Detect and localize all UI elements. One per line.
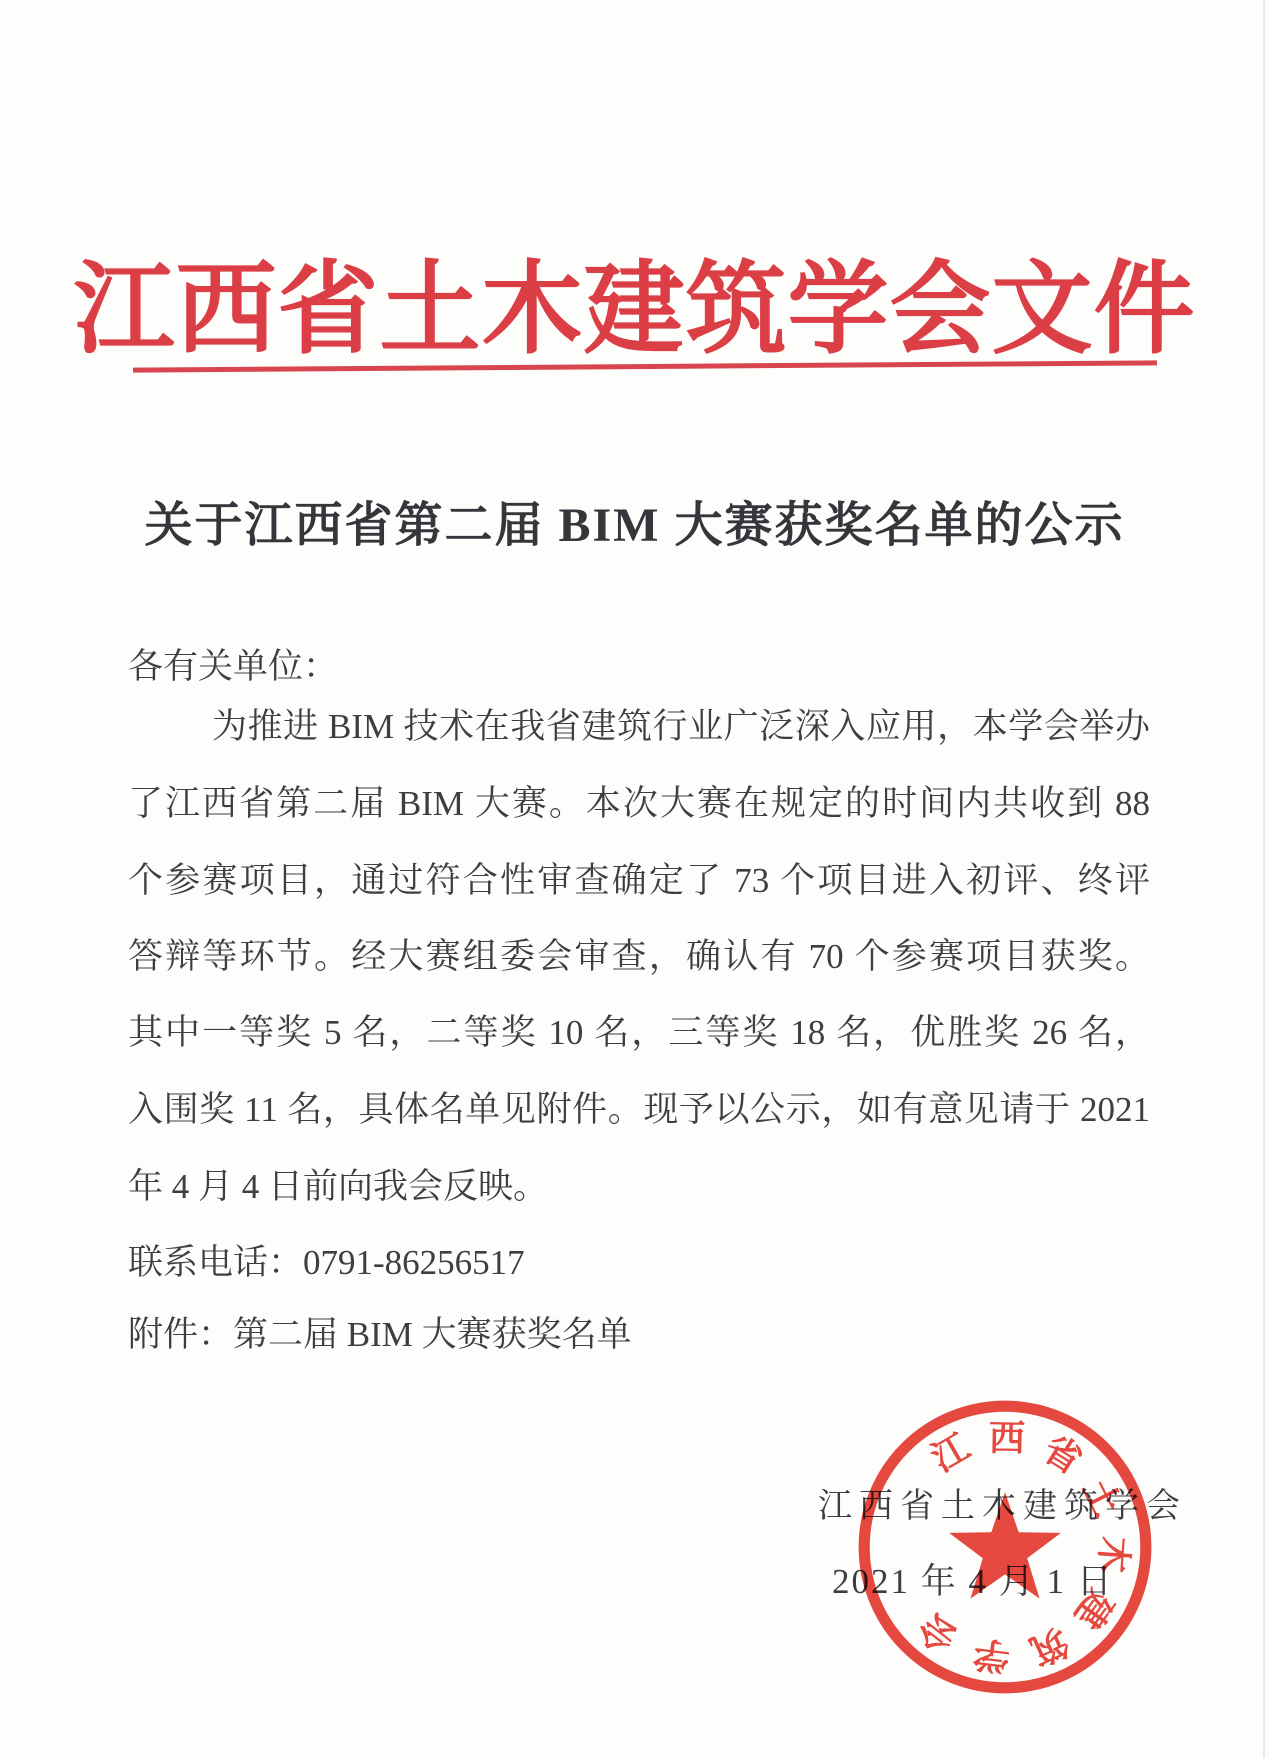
body-line: 个参赛项目，通过符合性审查确定了 73 个项目进入初评、终评 [128, 860, 1150, 902]
seal-char: 学 [971, 1633, 1012, 1677]
body-line: 年 4 月 4 日前向我会反映。 [128, 1166, 1150, 1208]
body-line: 为推进 BIM 技术在我省建筑行业广泛深入应用，本学会举办 [128, 706, 1150, 748]
seal-char: 西 [988, 1418, 1025, 1459]
body-line: 入围奖 11 名，具体名单见附件。现予以公示，如有意见请于 2021 [128, 1089, 1150, 1131]
seal-char: 筑 [1024, 1620, 1074, 1671]
contact-phone-line: 联系电话：0791-86256517 [128, 1242, 1150, 1284]
body-line: 了江西省第二届 BIM 大赛。本次大赛在规定的时间内共收到 88 [128, 783, 1150, 825]
seal-char: 江 [925, 1426, 977, 1479]
body-line: 答辩等环节。经大赛组委会审查，确认有 70 个参赛项目获奖。 [128, 936, 1150, 978]
official-document-page: 江西省土木建筑学会文件 关于江西省第二届 BIM 大赛获奖名单的公示 各有关单位… [0, 0, 1269, 1758]
salutation-line: 各有关单位： [128, 646, 1150, 688]
seal-char: 木 [1092, 1535, 1134, 1574]
seal-char: 土 [1075, 1472, 1127, 1523]
seal-star-icon [949, 1492, 1061, 1598]
document-org-header: 江西省土木建筑学会文件 [0, 228, 1269, 373]
attachment-line: 附件：第二届 BIM 大赛获奖名单 [128, 1314, 1150, 1356]
body-line: 其中一等奖 5 名，二等奖 10 名，三等奖 18 名，优胜奖 26 名， [128, 1012, 1150, 1054]
seal-char: 会 [912, 1605, 965, 1659]
seal-char: 省 [1036, 1428, 1089, 1482]
document-title: 关于江西省第二届 BIM 大赛获奖名单的公示 [0, 486, 1269, 555]
seal-char: 建 [1067, 1583, 1121, 1636]
official-red-seal-stamp: 江 西 省 土 木 建 筑 学 会 [850, 1392, 1160, 1702]
